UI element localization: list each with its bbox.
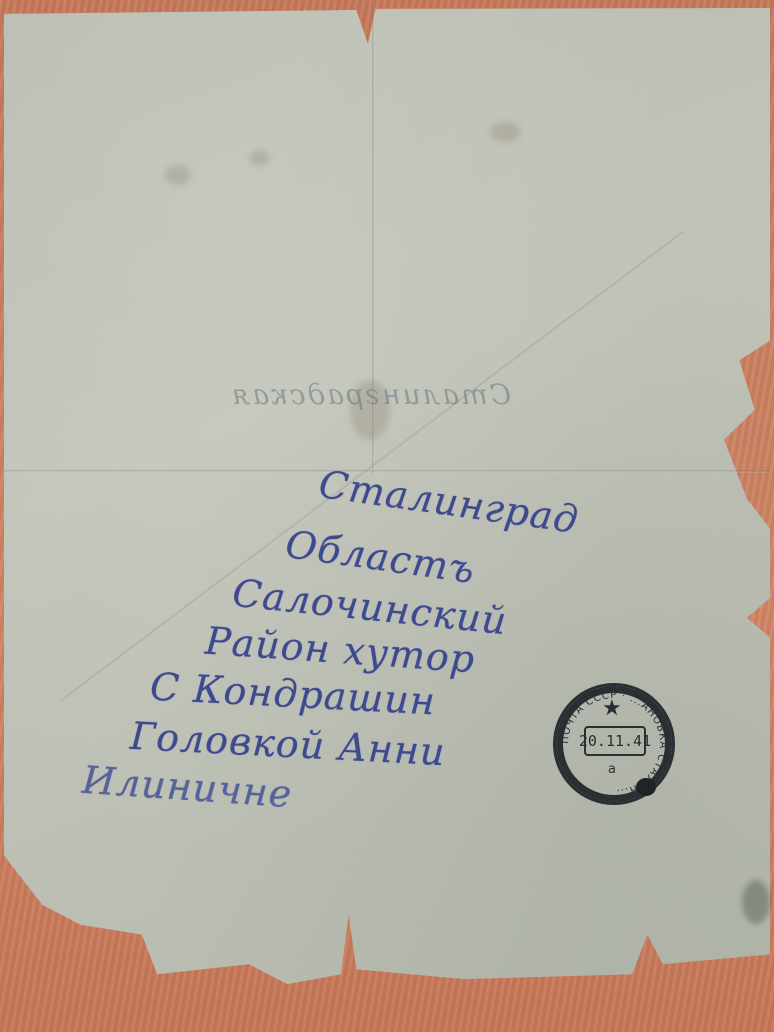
ink-blot [636, 778, 656, 796]
address-line-city: Сталинград [316, 462, 581, 542]
address-line-patronymic: Илиничне [81, 758, 294, 817]
postmark-stamp: ★ 20.11.41 а ПОЧТА СССР · ...АНОВКА СТАЛ… [553, 683, 675, 805]
handwritten-address: Сталинград Областъ Салочинский Район хут… [0, 0, 774, 1032]
